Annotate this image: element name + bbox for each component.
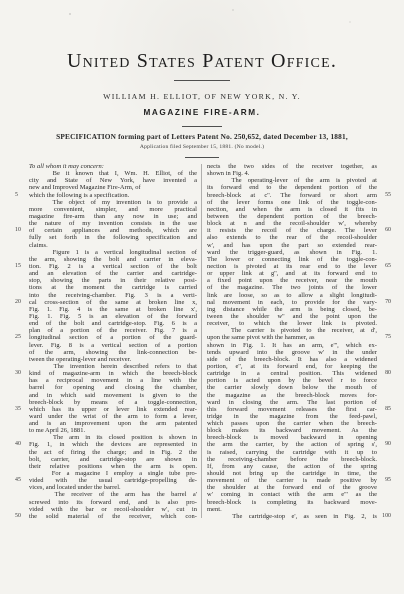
line-number — [377, 234, 391, 241]
line-text: and is an improvement upon the arm paten… — [29, 420, 197, 427]
line-text: the carrier slowly down below the mouth … — [207, 384, 377, 391]
line-number — [15, 184, 29, 191]
line-text: barrel for opening and closing the chamb… — [29, 384, 197, 391]
body-text-line: shown in Fig. 4. — [207, 170, 391, 177]
line-number — [377, 170, 391, 177]
line-number — [377, 177, 391, 184]
line-number — [377, 456, 391, 463]
line-number — [377, 363, 391, 370]
line-number — [15, 327, 29, 334]
body-text-line: its forward end to the dependent portion… — [207, 184, 391, 191]
line-text: vided with the usual cartridge-propellin… — [29, 477, 197, 484]
line-number — [377, 184, 391, 191]
line-text: w', and has upon the part so extended re… — [207, 242, 377, 249]
line-number: 75 — [377, 334, 391, 341]
body-text-line: The lower or connecting link of the togg… — [207, 256, 391, 263]
body-text-line: Be it known that I, Wm. H. Elliot, of th… — [15, 170, 197, 177]
body-text-line: and in which said movement is given to t… — [15, 392, 197, 399]
line-number — [377, 270, 391, 277]
body-text-line: tween the shoulder w'' and the point upo… — [207, 313, 391, 320]
body-text-line: breech-block is completing its backward … — [207, 499, 391, 506]
line-number — [15, 242, 29, 249]
line-number — [15, 277, 29, 284]
line-text: and in which said movement is given to t… — [29, 392, 197, 399]
body-text-line: cartridge in a central position. This wi… — [207, 370, 391, 377]
line-number — [15, 463, 29, 470]
body-text-line: the act of firing the charge; and in Fig… — [15, 449, 197, 456]
line-text: new and Improved Magazine Fire-Arm, of — [29, 184, 197, 191]
body-text-line: of the arm, showing the link-connection … — [15, 349, 197, 356]
line-text: block makes its backward movement. As th… — [207, 427, 377, 434]
line-number — [15, 220, 29, 227]
body-text-line: claims. — [15, 242, 197, 249]
line-text: Fig. 1. Fig. 5 is an elevation of the fo… — [29, 313, 197, 320]
line-number — [377, 327, 391, 334]
body-text-line: or upper link at g'', and at its forward… — [207, 270, 391, 277]
line-text: To all whom it may concern: — [29, 163, 197, 170]
body-text-line: 25longitudinal section of a portion of t… — [15, 334, 197, 341]
line-text: movement of the carrier is made positive… — [207, 477, 377, 484]
body-text-line: nection is pivoted at its rear end to th… — [207, 263, 391, 270]
body-text-line: portion, e'', at its forward end, for ke… — [207, 363, 391, 370]
line-text: shown in Fig. 1. It has an arm, e''', wh… — [207, 342, 377, 349]
body-text-line: bolt, carrier, and cartridge-stop are sh… — [15, 456, 197, 463]
body-text-line: The receiver of the arm has the barrel a… — [15, 491, 197, 498]
line-number — [15, 363, 29, 370]
line-text: its forward end to the dependent portion… — [207, 184, 377, 191]
line-number — [15, 213, 29, 220]
line-number — [15, 384, 29, 391]
line-number — [15, 320, 29, 327]
body-text-line: between the dependent portion of the bre… — [207, 213, 391, 220]
line-number: 20 — [15, 299, 29, 306]
line-number — [15, 434, 29, 441]
application-filing-line: Application filed September 15, 1881. (N… — [0, 144, 404, 150]
body-text-line: upon the same pivot with the hammer, as7… — [207, 334, 391, 341]
line-text: ward in closing the arm. The last portio… — [207, 399, 377, 406]
line-number — [377, 199, 391, 206]
body-text-line: should not bring up the cartridge in tim… — [207, 470, 391, 477]
line-text: portion is acted upon by the bevel r to … — [207, 377, 377, 384]
body-text-line: block makes its backward movement. As th… — [207, 427, 391, 434]
line-text: the magazine as the breech-block moves f… — [207, 392, 377, 399]
body-text-line: 40Fig. 1, in which the devices are repre… — [15, 441, 197, 448]
line-text: to me April 26, 1881. — [29, 427, 197, 434]
body-text-line: nects the two sides of the receiver toge… — [207, 163, 391, 170]
line-number — [377, 392, 391, 399]
line-number: 30 — [15, 370, 29, 377]
line-text: The carrier is pivoted to the receiver, … — [207, 327, 377, 334]
line-text: the act of firing the charge; and in Fig… — [29, 449, 197, 456]
body-text-line: tions at the moment the cartridge is car… — [15, 284, 197, 291]
line-number — [377, 356, 391, 363]
body-text-line: new and Improved Magazine Fire-Arm, of — [15, 184, 197, 191]
line-text: which passes upon the carrier when the b… — [207, 420, 377, 427]
body-text-line: the magazine as the breech-block moves f… — [207, 392, 391, 399]
body-text-line: stop, showing the parts in their relativ… — [15, 277, 197, 284]
body-text-line: breech-block is moved backward in openin… — [207, 434, 391, 441]
line-number — [377, 277, 391, 284]
line-text: city and State of New York, have invente… — [29, 177, 197, 184]
body-text-line: plan of a portion of the receiver. Fig. … — [15, 327, 197, 334]
specification-column-left: To all whom it may concern: Be it known … — [15, 163, 197, 520]
body-text-line: the carrier slowly down below the mouth … — [207, 384, 391, 391]
body-text-line: nal movement in each, to provide for the… — [207, 299, 391, 306]
body-text-line: 5which the following is a specification. — [15, 192, 197, 199]
line-number — [15, 256, 29, 263]
line-text: The object of my invention is to provide… — [29, 199, 197, 206]
line-number — [15, 170, 29, 177]
body-text-line: is raised, carrying the cartridge with i… — [207, 449, 391, 456]
body-text-line: Fig. 1. Fig. 4 is the same at broken lin… — [15, 306, 197, 313]
line-number — [15, 427, 29, 434]
body-text-line: it resists the recoil of the charge. The… — [207, 227, 391, 234]
line-text: block at n and the recoil-shoulder w', w… — [207, 220, 377, 227]
line-text: more convenient, simpler, and more pract… — [29, 206, 197, 213]
body-text-line: the shoulder at the forward end of the g… — [207, 484, 391, 491]
body-text-line: ward under the wrist of the arm to form … — [15, 413, 197, 420]
line-text: If, from any cause, the action of the sp… — [207, 463, 377, 470]
body-text-line: the arm, showing the bolt and carrier in… — [15, 256, 197, 263]
line-number — [15, 163, 29, 170]
line-number — [15, 292, 29, 299]
line-text: vices, and located under the barrel. — [29, 484, 197, 491]
body-text-line: Figure 1 is a vertical longitudinal sect… — [15, 249, 197, 256]
line-number — [377, 256, 391, 263]
line-text: the receiving-chamber before the breech-… — [207, 456, 377, 463]
line-text: end of the bolt and cartridge-stop. Fig.… — [29, 320, 197, 327]
line-number: 65 — [377, 263, 391, 270]
line-number: 45 — [15, 477, 29, 484]
line-text: upon the same pivot with the hammer, as — [207, 334, 377, 341]
line-number: 35 — [15, 406, 29, 413]
line-text: receiver, to which the lower link is piv… — [207, 320, 377, 327]
line-text: lever. Fig. 8 is a vertical section of a… — [29, 342, 197, 349]
line-text: stop, showing the parts in their relativ… — [29, 277, 197, 284]
body-text-line: To all whom it may concern: — [15, 163, 197, 170]
line-number — [15, 284, 29, 291]
body-text-line: 45vided with the usual cartridge-propell… — [15, 477, 197, 484]
line-number — [377, 491, 391, 498]
inventor-line: WILLIAM H. ELLIOT, OF NEW YORK, N. Y. — [0, 92, 404, 101]
line-number — [15, 234, 29, 241]
line-number: 10 — [15, 227, 29, 234]
line-text: or upper link at g'', and at its forward… — [207, 270, 377, 277]
line-text: The receiver of the arm has the barrel a… — [29, 491, 197, 498]
line-text: magazine fire-arm than any now in use; a… — [29, 213, 197, 220]
line-text: their relative positions when the arm is… — [29, 463, 197, 470]
body-text-line: vices, and located under the barrel. — [15, 484, 197, 491]
body-text-line: movement of the carrier is made positive… — [207, 477, 391, 484]
line-text: breech-block is moved backward in openin… — [207, 434, 377, 441]
body-text-line: end of the bolt and cartridge-stop. Fig.… — [15, 320, 197, 327]
line-text: the shoulder at the forward end of the g… — [207, 484, 377, 491]
line-number — [15, 506, 29, 513]
body-text-line: block at n and the recoil-shoulder w', w… — [207, 220, 391, 227]
line-text: it resists the recoil of the charge. The… — [207, 227, 377, 234]
line-number — [377, 292, 391, 299]
line-number — [15, 449, 29, 456]
line-number — [377, 384, 391, 391]
patent-office-title: United States Patent Office. — [0, 48, 404, 74]
body-text-line: has a reciprocal movement in a line with… — [15, 377, 197, 384]
invention-title: MAGAZINE FIRE-ARM. — [0, 108, 404, 117]
line-text: The invention herein described refers to… — [29, 363, 197, 370]
line-number — [377, 463, 391, 470]
line-number: 5 — [15, 192, 29, 199]
body-text-line: into the receiving-chamber. Fig. 3 is a … — [15, 292, 197, 299]
line-text: tions at the moment the cartridge is car… — [29, 284, 197, 291]
line-text: also extends to the rear of the recoil-s… — [207, 234, 377, 241]
line-number — [377, 349, 391, 356]
line-number — [15, 199, 29, 206]
body-text-line: their relative positions when the arm is… — [15, 463, 197, 470]
line-number: 90 — [377, 441, 391, 448]
line-number — [15, 377, 29, 384]
line-number — [15, 399, 29, 406]
body-text-line: vided with the bar or recoil-shoulder w'… — [15, 506, 197, 513]
line-number — [15, 270, 29, 277]
line-number — [15, 413, 29, 420]
line-text: cartridge in a central position. This wi… — [207, 370, 377, 377]
body-text-line: The operating-lever of the arm is pivote… — [207, 177, 391, 184]
line-number — [377, 163, 391, 170]
line-number — [377, 320, 391, 327]
line-text: cal cross-section of the same at broken … — [29, 299, 197, 306]
line-text: and an elevation of the carrier and cart… — [29, 270, 197, 277]
line-text: of the arm, showing the link-connection … — [29, 349, 197, 356]
body-text-line: of the magazine. The two joints of the l… — [207, 284, 391, 291]
line-number: 95 — [377, 477, 391, 484]
body-text-line: 15tion. Fig. 2 is a vertical section of … — [15, 263, 197, 270]
body-text-line: 30kind of magazine-arm in which the bree… — [15, 370, 197, 377]
line-number — [377, 413, 391, 420]
line-number — [15, 306, 29, 313]
line-number — [377, 449, 391, 456]
patent-document-page: United States Patent Office. WILLIAM H. … — [0, 0, 404, 594]
line-text: ward the trigger-guard, as shown in Fig.… — [207, 249, 377, 256]
line-text: ment. — [207, 506, 377, 513]
line-text: the solid material of the receiver, whic… — [29, 513, 197, 520]
body-text-line: tridge in the magazine from the feed-paw… — [207, 413, 391, 420]
line-text: side of the breech-block. It has also a … — [207, 356, 377, 363]
line-number: 15 — [15, 263, 29, 270]
line-number — [15, 356, 29, 363]
line-number — [377, 399, 391, 406]
body-text-line: 35which has its upper or lever link exte… — [15, 406, 197, 413]
body-text-line: of the lever forms one link of the toggl… — [207, 199, 391, 206]
line-text: breech-block by means of a toggle-connec… — [29, 399, 197, 406]
body-text-line: The invention herein described refers to… — [15, 363, 197, 370]
body-text-line: lever. Fig. 8 is a vertical section of a… — [15, 342, 197, 349]
line-number — [15, 470, 29, 477]
line-text: tridge in the magazine from the feed-paw… — [207, 413, 377, 420]
line-text: shown in Fig. 4. — [207, 170, 377, 177]
line-number — [377, 484, 391, 491]
horizontal-rule-under-invention-title — [182, 126, 222, 127]
line-number — [15, 177, 29, 184]
column-divider-rule — [201, 164, 202, 518]
body-text-line: this forward movement releases the first… — [207, 406, 391, 413]
line-text: longitudinal section of a portion of the… — [29, 334, 197, 341]
specification-line: SPECIFICATION forming part of Letters Pa… — [0, 132, 404, 141]
line-number: 100 — [377, 513, 391, 520]
line-text: The operating-lever of the arm is pivote… — [207, 177, 377, 184]
line-text: tween the shoulder w'' and the point upo… — [207, 313, 377, 320]
line-number: 80 — [377, 370, 391, 377]
line-number — [15, 349, 29, 356]
body-text-line: breech-block by means of a toggle-connec… — [15, 399, 197, 406]
line-text: ward under the wrist of the arm to form … — [29, 413, 197, 420]
line-number — [15, 392, 29, 399]
body-text-line: If, from any cause, the action of the sp… — [207, 463, 391, 470]
body-text-line: 20cal cross-section of the same at broke… — [15, 299, 197, 306]
body-text-line: city and State of New York, have invente… — [15, 177, 197, 184]
body-text-line: Fig. 1. Fig. 5 is an elevation of the fo… — [15, 313, 197, 320]
line-text: fully set forth in the following specifi… — [29, 234, 197, 241]
body-text-line: The carrier is pivoted to the receiver, … — [207, 327, 391, 334]
line-text: between the dependent portion of the bre… — [207, 213, 377, 220]
line-number — [377, 377, 391, 384]
line-number: 25 — [15, 334, 29, 341]
line-number — [377, 499, 391, 506]
body-text-line: barrel for opening and closing the chamb… — [15, 384, 197, 391]
line-number — [15, 499, 29, 506]
line-text: claims. — [29, 242, 197, 249]
body-text-line: the nature of my invention consists in t… — [15, 220, 197, 227]
line-text: has a reciprocal movement in a line with… — [29, 377, 197, 384]
line-number: 70 — [377, 299, 391, 306]
body-text-line: nection, and when the arm is closed it f… — [207, 206, 391, 213]
line-text: tends upward into the groove w' in the u… — [207, 349, 377, 356]
horizontal-rule-under-title — [174, 80, 230, 81]
line-text: of certain appliances and methods, which… — [29, 227, 197, 234]
line-text: link are loose, so as to allow a slight … — [207, 292, 377, 299]
body-text-line: breech-block at c''. The forward or shor… — [207, 192, 391, 199]
line-text: w' coming in contact with the arm e''' a… — [207, 491, 377, 498]
body-text-line: also extends to the rear of the recoil-s… — [207, 234, 391, 241]
line-text: Fig. 1. Fig. 4 is the same at broken lin… — [29, 306, 197, 313]
line-text: The lower or connecting link of the togg… — [207, 256, 377, 263]
line-text: is raised, carrying the cartridge with i… — [207, 449, 377, 456]
body-text-line: portion is acted upon by the bevel r to … — [207, 377, 391, 384]
line-number: 60 — [377, 227, 391, 234]
line-number — [15, 206, 29, 213]
body-text-line: 10of certain appliances and methods, whi… — [15, 227, 197, 234]
line-text: the nature of my invention consists in t… — [29, 220, 197, 227]
line-number — [377, 220, 391, 227]
body-text-line: a fixed point upon the receiver, near th… — [207, 277, 391, 284]
line-number — [15, 342, 29, 349]
line-text: Figure 1 is a vertical longitudinal sect… — [29, 249, 197, 256]
line-text: The arm in its closed position is shown … — [29, 434, 197, 441]
line-text: which the following is a specification. — [29, 192, 197, 199]
line-text: breech-block is completing its backward … — [207, 499, 377, 506]
line-text: of the lever forms one link of the toggl… — [207, 199, 377, 206]
body-text-line: The object of my invention is to provide… — [15, 199, 197, 206]
body-text-line: the arm the carrier, by the action of sp… — [207, 441, 391, 448]
line-text: ing distance while the arm is being clos… — [207, 306, 377, 313]
line-text: the arm the carrier, by the action of sp… — [207, 441, 377, 448]
line-number — [377, 506, 391, 513]
line-text: nal movement in each, to provide for the… — [207, 299, 377, 306]
line-number — [377, 206, 391, 213]
body-text-line: more convenient, simpler, and more pract… — [15, 206, 197, 213]
line-text: Be it known that I, Wm. H. Elliot, of th… — [29, 170, 197, 177]
line-number: 85 — [377, 406, 391, 413]
line-text: kind of magazine-arm in which the breech… — [29, 370, 197, 377]
line-number — [377, 242, 391, 249]
line-number — [15, 420, 29, 427]
body-text-line: screwed into its forward end, and is als… — [15, 499, 197, 506]
line-number — [377, 342, 391, 349]
line-text: tween the operating-lever and receiver. — [29, 356, 197, 363]
body-text-line: and is an improvement upon the arm paten… — [15, 420, 197, 427]
line-text: of the magazine. The two joints of the l… — [207, 284, 377, 291]
line-text: the arm, showing the bolt and carrier in… — [29, 256, 197, 263]
line-text: this forward movement releases the first… — [207, 406, 377, 413]
line-text: a fixed point upon the receiver, near th… — [207, 277, 377, 284]
line-text: nects the two sides of the receiver toge… — [207, 163, 377, 170]
line-number: 50 — [15, 513, 29, 520]
body-text-line: magazine fire-arm than any now in use; a… — [15, 213, 197, 220]
line-text: bolt, carrier, and cartridge-stop are sh… — [29, 456, 197, 463]
body-text-line: and an elevation of the carrier and cart… — [15, 270, 197, 277]
body-text-line: 50the solid material of the receiver, wh… — [15, 513, 197, 520]
line-text: nection, and when the arm is closed it f… — [207, 206, 377, 213]
body-text-line: which passes upon the carrier when the b… — [207, 420, 391, 427]
body-text-line: For a magazine I employ a single tube pr… — [15, 470, 197, 477]
line-number — [377, 284, 391, 291]
line-text: into the receiving-chamber. Fig. 3 is a … — [29, 292, 197, 299]
body-text-line: The cartridge-stop e', as seen in Fig. 2… — [207, 513, 391, 520]
line-number — [377, 249, 391, 256]
line-text: vided with the bar or recoil-shoulder w'… — [29, 506, 197, 513]
body-text-line: ward in closing the arm. The last portio… — [207, 399, 391, 406]
line-text: breech-block at c''. The forward or shor… — [207, 192, 377, 199]
line-text: should not bring up the cartridge in tim… — [207, 470, 377, 477]
line-number — [15, 313, 29, 320]
line-text: which has its upper or lever link extend… — [29, 406, 197, 413]
line-number — [15, 491, 29, 498]
body-text-line: ward the trigger-guard, as shown in Fig.… — [207, 249, 391, 256]
line-number: 55 — [377, 192, 391, 199]
specification-column-right: nects the two sides of the receiver toge… — [207, 163, 391, 520]
line-number — [15, 249, 29, 256]
line-text: tion. Fig. 2 is a vertical section of th… — [29, 263, 197, 270]
line-number — [377, 306, 391, 313]
body-text-line: tween the operating-lever and receiver. — [15, 356, 197, 363]
line-number — [377, 420, 391, 427]
line-number: 40 — [15, 441, 29, 448]
body-text-line: shown in Fig. 1. It has an arm, e''', wh… — [207, 342, 391, 349]
line-text: nection is pivoted at its rear end to th… — [207, 263, 377, 270]
body-text-line: w' coming in contact with the arm e''' a… — [207, 491, 391, 498]
body-text-line: ing distance while the arm is being clos… — [207, 306, 391, 313]
line-number — [15, 484, 29, 491]
line-text: portion, e'', at its forward end, for ke… — [207, 363, 377, 370]
line-number — [377, 470, 391, 477]
body-text-line: w', and has upon the part so extended re… — [207, 242, 391, 249]
body-text-line: to me April 26, 1881. — [15, 427, 197, 434]
line-number — [377, 427, 391, 434]
body-text-line: fully set forth in the following specifi… — [15, 234, 197, 241]
line-text: Fig. 1, in which the devices are represe… — [29, 441, 197, 448]
body-text-line: ment. — [207, 506, 391, 513]
body-text-line: receiver, to which the lower link is piv… — [207, 320, 391, 327]
body-text-line: tends upward into the groove w' in the u… — [207, 349, 391, 356]
body-text-line: side of the breech-block. It has also a … — [207, 356, 391, 363]
